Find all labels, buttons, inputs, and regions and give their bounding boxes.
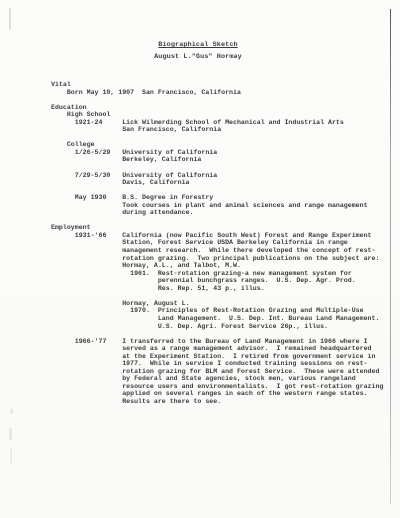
- text-line: [51, 330, 396, 338]
- text-line: by Federal and State agencies, stock men…: [51, 375, 396, 383]
- text-line: served as a range management advisor. I …: [51, 345, 396, 353]
- text-line: 1931-'66 California (now Pacific South W…: [51, 232, 396, 240]
- document-body: Vital Born May 10, 1907 San Francisco, C…: [51, 81, 396, 406]
- text-line: Vital: [51, 81, 396, 89]
- text-line: [51, 292, 396, 300]
- text-line: 1970. Principles of Rest-Rotation Grazin…: [51, 307, 396, 315]
- text-line: Res. Rep. 51, 43 p., illus.: [51, 285, 396, 293]
- scan-smudge-artifact: [10, 409, 13, 414]
- text-line: rotation grazing. Two principal publicat…: [51, 255, 396, 263]
- scanned-page: Biographical Sketch August L."Gus" Horma…: [0, 0, 400, 518]
- text-line: Land Management. U.S. Dep. Int. Bureau L…: [51, 315, 396, 323]
- scan-smudge-artifact: [9, 428, 12, 440]
- text-line: [51, 187, 396, 195]
- text-line: Results are there to see.: [51, 398, 396, 406]
- text-line: College: [51, 141, 396, 149]
- text-line: at the Experiment Station. I retired fro…: [51, 353, 396, 361]
- text-line: U.S. Dep. Agri. Forest Service 26p., ill…: [51, 323, 396, 331]
- text-line: [51, 134, 396, 142]
- text-line: 1966-'77 I transferred to the Bureau of …: [51, 338, 396, 346]
- text-line: 1961. Rest-rotation grazing-a new manage…: [51, 270, 396, 278]
- text-line: 7/29-5/30 University of California: [51, 172, 396, 180]
- text-line: rotation grazing for BLM and Forest Serv…: [51, 368, 396, 376]
- text-line: Hormay, August L.: [51, 300, 396, 308]
- text-line: applied on several ranges in each of the…: [51, 390, 396, 398]
- text-line: Berkeley, California: [51, 156, 396, 164]
- text-line: during attendance.: [51, 209, 396, 217]
- text-line: 1921-24 Lick Wilmerding School of Mechan…: [51, 119, 396, 127]
- text-line: Education: [51, 104, 396, 112]
- document-subtitle: August L."Gus" Hormay: [0, 53, 396, 61]
- document-title: Biographical Sketch: [0, 41, 396, 49]
- text-line: San Francisco, California: [51, 126, 396, 134]
- text-line: Hormay, A.L., and Talbot, M.W.: [51, 262, 396, 270]
- text-line: Took courses in plant and animal science…: [51, 202, 396, 210]
- text-line: Born May 10, 1907 San Francisco, Califor…: [51, 89, 396, 97]
- text-line: High School: [51, 111, 396, 119]
- text-line: [51, 217, 396, 225]
- text-line: perennial bunchgrass ranges. U.S. Dep. A…: [51, 277, 396, 285]
- text-line: May 1930 B.S. Degree in Forestry: [51, 194, 396, 202]
- text-line: 1977. While in service I conducted train…: [51, 360, 396, 368]
- text-line: resource users and environmentalists. I …: [51, 383, 396, 391]
- text-line: [51, 164, 396, 172]
- scan-smudge-artifact: [10, 448, 12, 465]
- text-line: [51, 96, 396, 104]
- text-line: Station, Forest Service USDA Berkeley Ca…: [51, 239, 396, 247]
- scan-mark-topleft-artifact: [9, 8, 11, 30]
- text-line: 1/26-5/29 University of California: [51, 149, 396, 157]
- text-line: management research. While there develop…: [51, 247, 396, 255]
- text-line: Davis, California: [51, 179, 396, 187]
- text-line: Employment: [51, 224, 396, 232]
